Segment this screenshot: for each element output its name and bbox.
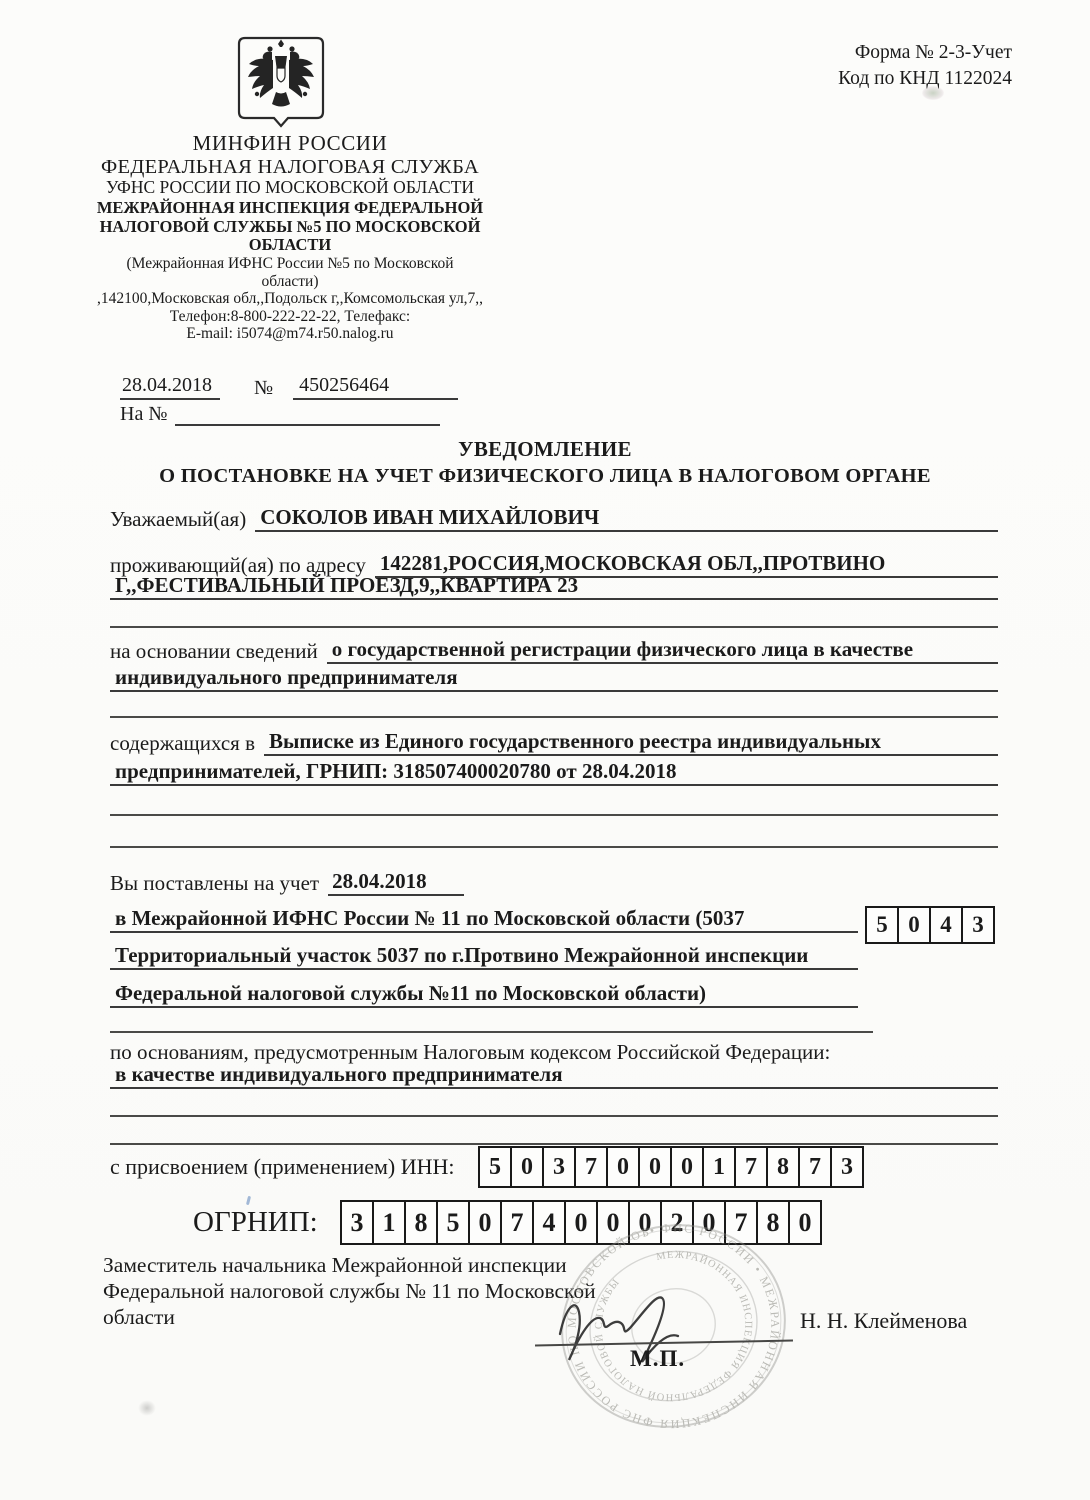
double-headed-eagle-icon [248,40,314,107]
digit-cell: 0 [564,1200,598,1245]
basis-field-line2: индивидуального предпринимателя [110,665,998,692]
digit-cell: 3 [830,1146,864,1188]
registration-date-field: 28.04.2018 [328,869,464,896]
authority-code-box: 5043 [865,906,995,944]
salutation-row: Уважаемый(ая) СОКОЛОВ ИВАН МИХАЙЛОВИЧ [110,498,998,532]
digit-cell: 5 [865,906,899,944]
authority-row-1: в Межрайонной ИФНС России № 11 по Москов… [110,896,858,933]
org-line-minfin: МИНФИН РОССИИ [55,132,525,156]
digit-cell: 0 [628,1200,662,1245]
blank-field-line [110,600,998,628]
org-line-address: ,142100,Московская обл,,Подольск г,,Комс… [94,290,486,307]
basis-label: на основании сведений [110,639,327,664]
digit-cell: 0 [510,1146,544,1188]
digit-cell: 0 [670,1146,704,1188]
address-row-2: Г,,ФЕСТИВАЛЬНЫЙ ПРОЕЗД,9,,КВАРТИРА 23 [110,578,998,600]
authority-field-line2: Территориальный участок 5037 по г.Протви… [110,943,858,970]
org-line-phone: Телефон:8-800-222-22-22, Телефакс: [55,308,525,325]
digit-cell: 0 [638,1146,672,1188]
basis-row-2: индивидуального предпринимателя [110,664,998,692]
contained-row-2: предпринимателей, ГРНИП: 318507400020780… [110,756,998,786]
inn-row: с присвоением (применением) ИНН: 5037000… [110,1146,455,1188]
digit-cell: 7 [734,1146,768,1188]
form-reference-block: Форма № 2-3-Учет Код по КНД 1122024 [760,40,1012,93]
blank-field-line [110,1089,998,1117]
scan-artifact [138,1400,156,1416]
incoming-number-row: На № [120,402,440,426]
digit-cell: 0 [788,1200,822,1245]
digit-cell: 7 [500,1200,534,1245]
grounds-label-row: по основаниям, предусмотренным Налоговым… [110,1033,998,1065]
digit-cell: 0 [606,1146,640,1188]
digit-cell: 0 [468,1200,502,1245]
digit-cell: 0 [897,906,931,944]
ogrnip-label: ОГРНИП: [193,1206,318,1238]
ogrnip-digit-box: 318507400020780 [340,1200,822,1245]
blank-field-line [110,1117,998,1145]
org-line-email: E-mail: i5074@m74.r50.nalog.ru [55,325,525,342]
blank-field-line [110,786,998,816]
registered-label: Вы поставлены на учет [110,871,328,896]
document-page: МИНФИН РОССИИ ФЕДЕРАЛЬНАЯ НАЛОГОВАЯ СЛУЖ… [0,0,1090,1500]
authority-field-line3: Федеральной налоговой службы №11 по Моск… [110,981,858,1008]
blank-field-line [110,1008,873,1033]
basis-row: на основании сведений о государственной … [110,628,998,664]
tax-authority-block: в Межрайонной ИФНС России № 11 по Москов… [110,896,858,1008]
form-body: Уважаемый(ая) СОКОЛОВ ИВАН МИХАЙЛОВИЧ пр… [110,498,998,1145]
blank-field-line [110,692,998,718]
registered-row: Вы поставлены на учет 28.04.2018 [110,848,998,896]
blank-field-line [110,816,998,848]
document-date: 28.04.2018 [120,374,220,400]
grounds-value-row: в качестве индивидуального предпринимате… [110,1065,998,1089]
digit-cell: 1 [372,1200,406,1245]
authority-row-3: Федеральной налоговой службы №11 по Моск… [110,970,858,1008]
contained-field-line1: Выписке из Единого государственного реес… [264,729,998,756]
digit-cell: 3 [340,1200,374,1245]
document-subtitle: О ПОСТАНОВКЕ НА УЧЕТ ФИЗИЧЕСКОГО ЛИЦА В … [0,465,1090,488]
inn-digit-box: 503700017873 [478,1146,864,1188]
ogrnip-row: ОГРНИП: 318507400020780 [193,1198,318,1246]
incoming-number-blank-field [175,402,440,426]
incoming-number-label: На № [120,403,167,426]
digit-cell: 7 [724,1200,758,1245]
org-line-ufns: УФНС РОССИИ ПО МОСКОВСКОЙ ОБЛАСТИ [55,178,525,198]
basis-field-line1: о государственной регистрации физическог… [327,637,998,664]
digit-cell: 5 [478,1146,512,1188]
contained-field-line2: предпринимателей, ГРНИП: 318507400020780… [110,759,998,786]
digit-cell: 2 [660,1200,694,1245]
digit-cell: 5 [436,1200,470,1245]
digit-cell: 4 [929,906,963,944]
form-number-label: Форма № 2-3-Учет [760,40,1012,66]
digit-cell: 4 [532,1200,566,1245]
document-number: 450256464 [293,374,458,400]
digit-cell: 7 [574,1146,608,1188]
salutation-label: Уважаемый(ая) [110,507,255,532]
address-field-line2: Г,,ФЕСТИВАЛЬНЫЙ ПРОЕЗД,9,,КВАРТИРА 23 [110,573,998,600]
org-line-inspection: МЕЖРАЙОННАЯ ИНСПЕКЦИЯ ФЕДЕРАЛЬНОЙ НАЛОГО… [94,199,486,254]
digit-cell: 8 [756,1200,790,1245]
knd-code-label: Код по КНД 1122024 [760,66,1012,92]
stamp-place-label: М.П. [630,1346,685,1372]
authority-row-2: Территориальный участок 5037 по г.Протви… [110,933,858,970]
document-title: УВЕДОМЛЕНИЕ [0,437,1090,462]
russia-coat-of-arms-icon [237,36,325,128]
inn-label: с присвоением (применением) ИНН: [110,1154,455,1179]
grounds-field: в качестве индивидуального предпринимате… [110,1062,998,1089]
digit-cell: 3 [961,906,995,944]
digit-cell: 3 [542,1146,576,1188]
taxpayer-name-field: СОКОЛОВ ИВАН МИХАЙЛОВИЧ [255,505,998,532]
official-title: Заместитель начальника Межрайонной инспе… [103,1252,598,1331]
digit-cell: 0 [596,1200,630,1245]
number-sign-label: № [254,377,273,400]
contained-row: содержащихся в Выписке из Единого госуда… [110,718,998,756]
authority-field-line1: в Межрайонной ИФНС России № 11 по Москов… [110,906,858,933]
org-line-inspection-short: (Межрайонная ИФНС России №5 по Московско… [106,255,474,290]
contained-label: содержащихся в [110,731,264,756]
signer-name: Н. Н. Клейменова [800,1308,967,1334]
digit-cell: 8 [404,1200,438,1245]
date-number-row: 28.04.2018 № 450256464 [120,374,520,400]
org-line-fns: ФЕДЕРАЛЬНАЯ НАЛОГОВАЯ СЛУЖБА [55,156,525,179]
issuing-authority-block: МИНФИН РОССИИ ФЕДЕРАЛЬНАЯ НАЛОГОВАЯ СЛУЖ… [55,132,525,342]
digit-cell: 8 [766,1146,800,1188]
digit-cell: 0 [692,1200,726,1245]
digit-cell: 7 [798,1146,832,1188]
digit-cell: 1 [702,1146,736,1188]
